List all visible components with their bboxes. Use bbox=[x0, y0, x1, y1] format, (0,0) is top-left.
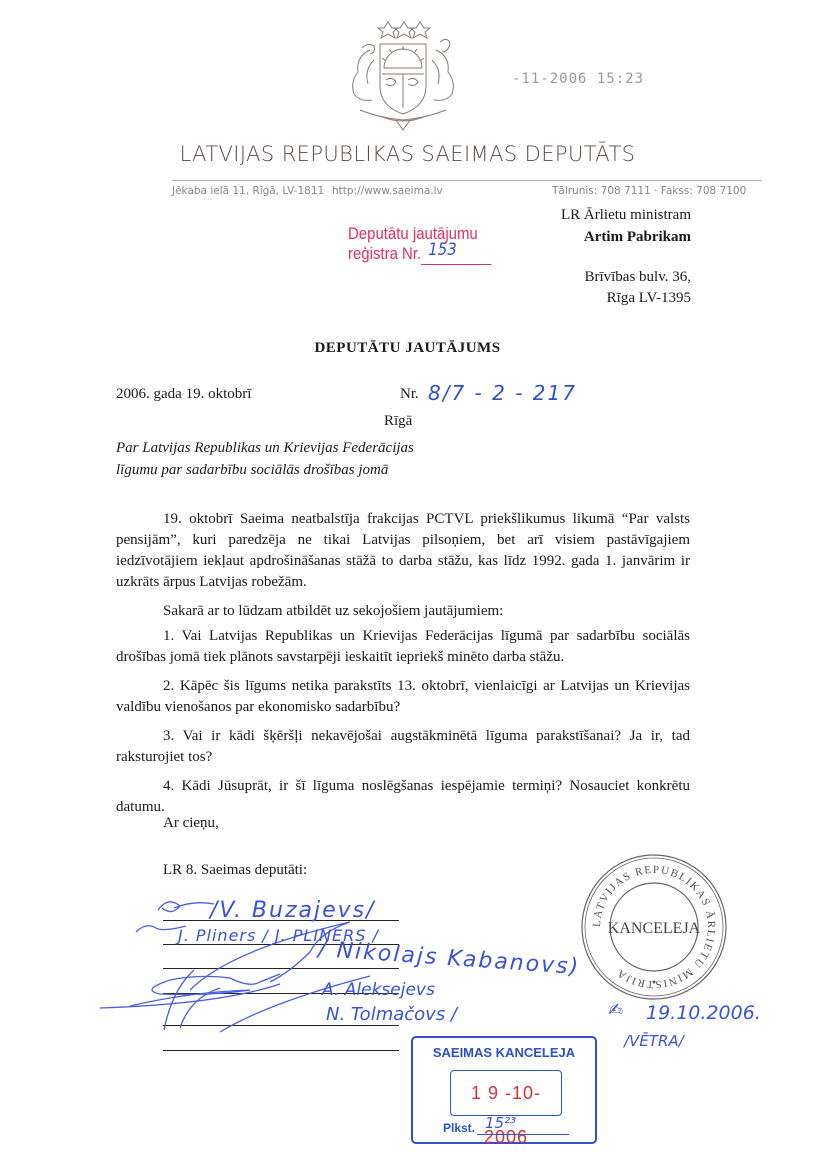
addressee-line1: LR Ārlietu ministram bbox=[561, 207, 691, 224]
ministry-stamp-center: KANCELEJA bbox=[608, 920, 701, 937]
saeima-stamp-time-value: 15²³ bbox=[485, 1114, 516, 1132]
addressee-name: Artim Pabrikam bbox=[584, 229, 691, 246]
question-4: 4. Kādi Jūsuprāt, ir šī līguma noslēgšan… bbox=[116, 776, 690, 818]
register-stamp: Deputātu jautājumu reģistra Nr.153 bbox=[348, 224, 492, 265]
document-title: DEPUTĀTU JAUTĀJUMS bbox=[0, 340, 815, 357]
addressee-city: Rīga LV-1395 bbox=[607, 290, 691, 307]
signature-line bbox=[163, 1050, 399, 1051]
ministry-received-date: 19.10.2006. bbox=[646, 1002, 761, 1024]
document-subject: Par Latvijas Republikas un Krievijas Fed… bbox=[116, 437, 414, 481]
question-2: 2. Kāpēc šis līgums netika parakstīts 13… bbox=[116, 676, 690, 718]
saeima-office-stamp: SAEIMAS KANCELEJA 1 9 -10- 2006 Plkst. 1… bbox=[411, 1036, 597, 1144]
register-stamp-line2: reģistra Nr. bbox=[348, 244, 421, 263]
signature-buzajevs: /V. Buzajevs/ bbox=[210, 898, 376, 923]
saeima-stamp-date: 1 9 -10- 2006 bbox=[450, 1070, 562, 1116]
letterhead-phone-fax: Tālrunis: 708 7111 · Fakss: 708 7100 bbox=[552, 185, 746, 197]
ministry-received-by: /VĒTRA/ bbox=[624, 1032, 684, 1050]
signature-aleksejevs: A. Aleksejevs bbox=[322, 980, 435, 1000]
latvia-coat-of-arms-icon bbox=[340, 20, 460, 132]
saeima-stamp-title: SAEIMAS KANCELEJA bbox=[413, 1045, 595, 1060]
ministry-round-stamp: LATVIJAS REPUBLIKAS ĀRLIETU MINISTRIJA K… bbox=[579, 852, 729, 1002]
document-date: 2006. gada 19. oktobrī bbox=[116, 386, 251, 403]
register-number: 153 bbox=[428, 240, 457, 260]
letterhead-website[interactable]: http://www.saeima.lv bbox=[332, 185, 443, 197]
signature-tolmacovs: N. Tolmačovs / bbox=[326, 1004, 457, 1025]
saeima-stamp-time-line bbox=[477, 1134, 569, 1135]
addressee-street: Brīvības bulv. 36, bbox=[584, 269, 691, 286]
document-place: Rīgā bbox=[384, 413, 412, 430]
letterhead-address: Jēkaba ielā 11, Rīgā, LV-1811 bbox=[172, 185, 324, 197]
saeima-stamp-time-label: Plkst. bbox=[443, 1121, 475, 1135]
document-nr-value: 8/7 - 2 - 217 bbox=[428, 381, 577, 405]
question-3: 3. Vai ir kādi šķēršļi nekavējošai augst… bbox=[116, 726, 690, 768]
subject-line-1: Par Latvijas Republikas un Krievijas Fed… bbox=[116, 437, 414, 459]
letterhead-divider bbox=[172, 180, 762, 181]
question-1: 1. Vai Latvijas Republikas un Krievijas … bbox=[116, 626, 690, 668]
closing: Ar cieņu, bbox=[163, 815, 219, 832]
subject-line-2: līgumu par sadarbību sociālās drošības j… bbox=[116, 459, 414, 481]
paragraph-request: Sakarā ar to lūdzam atbildēt uz sekojoši… bbox=[116, 601, 690, 622]
paragraph-intro: 19. oktobrī Saeima neatbalstīja frakcija… bbox=[116, 509, 690, 593]
signatories-label: LR 8. Saeimas deputāti: bbox=[163, 862, 307, 879]
ministry-received-initials: ✍ bbox=[608, 1000, 623, 1021]
letterhead-title: LATVIJAS REPUBLIKAS SAEIMAS DEPUTĀTS bbox=[0, 142, 815, 166]
document-body: 19. oktobrī Saeima neatbalstīja frakcija… bbox=[116, 509, 690, 826]
document-nr-label: Nr. bbox=[400, 386, 419, 403]
register-stamp-line1: Deputātu jautājumu bbox=[348, 224, 492, 244]
fax-timestamp: -11-2006 15:23 bbox=[512, 71, 644, 87]
